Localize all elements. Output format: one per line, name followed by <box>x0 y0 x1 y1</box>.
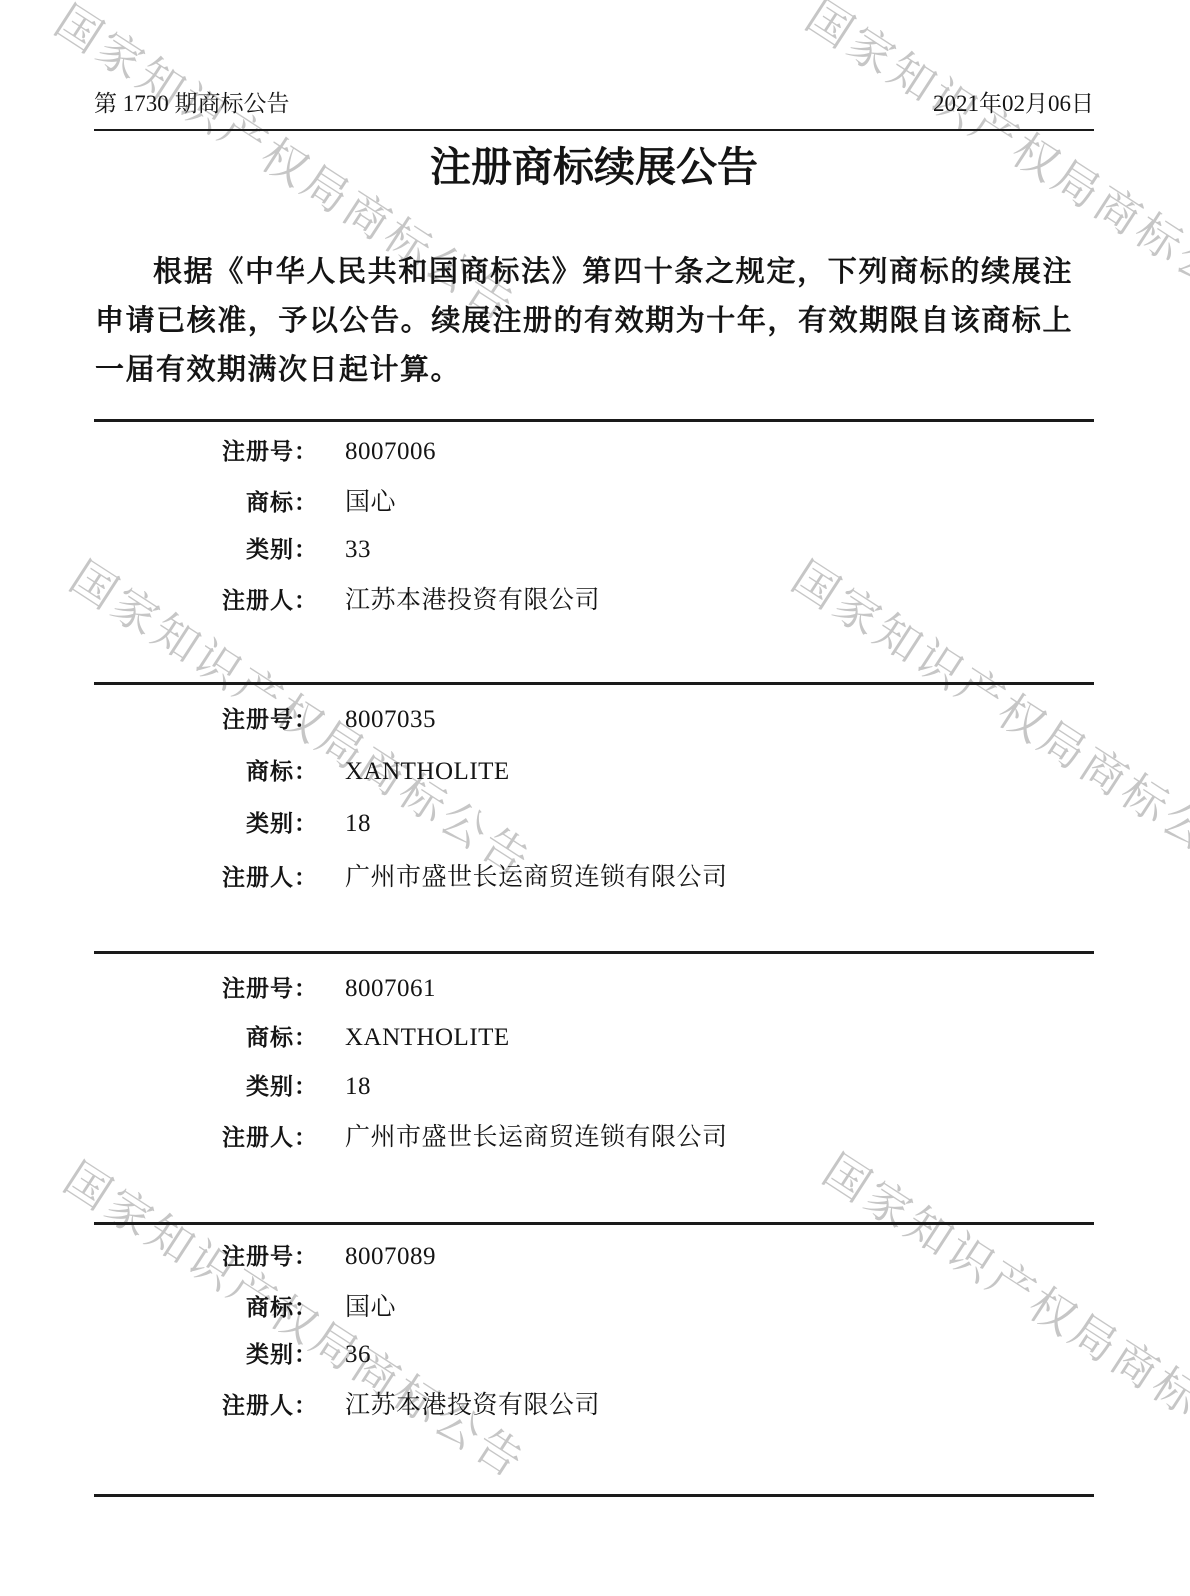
field-label-category: 类别： <box>94 531 318 564</box>
field-value-trademark: XANTHOLITE <box>345 758 510 786</box>
field-label-reg-no: 注册号： <box>94 433 318 466</box>
field-value-reg-no: 8007061 <box>345 975 436 1003</box>
field-row-reg-no: 注册号： 8007089 <box>94 1238 1094 1268</box>
gazette-issue: 第 1730 期商标公告 <box>94 91 290 117</box>
field-label-trademark: 商标： <box>94 1289 318 1322</box>
field-label-reg-no: 注册号： <box>94 970 318 1003</box>
field-value-reg-no: 8007006 <box>345 438 436 466</box>
field-value-category: 36 <box>345 1341 371 1369</box>
field-label-trademark: 商标： <box>94 1019 318 1052</box>
field-row-reg-no: 注册号： 8007061 <box>94 970 1094 1000</box>
field-value-reg-no: 8007035 <box>345 706 436 734</box>
gazette-date: 2021年02月06日 <box>933 91 1094 117</box>
field-row-registrant: 注册人： 江苏本港投资有限公司 <box>94 580 1094 610</box>
intro-line: 申请已核准，予以公告。续展注册的有效期为十年，有效期限自该商标上 <box>95 297 1073 346</box>
field-value-registrant: 广州市盛世长运商贸连锁有限公司 <box>345 1117 728 1153</box>
field-row-category: 类别： 18 <box>94 805 1094 835</box>
field-value-registrant: 江苏本港投资有限公司 <box>345 580 600 616</box>
intro-line: 根据《中华人民共和国商标法》第四十条之规定，下列商标的续展注册 <box>95 248 1073 297</box>
field-value-registrant: 广州市盛世长运商贸连锁有限公司 <box>345 857 728 893</box>
field-label-registrant: 注册人： <box>94 859 318 892</box>
bottom-rule <box>94 1494 1094 1497</box>
field-label-registrant: 注册人： <box>94 1387 318 1420</box>
trademark-record: 注册号： 8007006 商标： 国心 类别： 33 注册人： 江苏本港投资有限… <box>94 419 1094 629</box>
field-row-registrant: 注册人： 广州市盛世长运商贸连锁有限公司 <box>94 1117 1094 1147</box>
field-value-reg-no: 8007089 <box>345 1243 436 1271</box>
field-label-category: 类别： <box>94 1068 318 1101</box>
field-label-category: 类别： <box>94 1336 318 1369</box>
field-value-category: 33 <box>345 536 371 564</box>
field-row-category: 类别： 33 <box>94 531 1094 561</box>
field-value-registrant: 江苏本港投资有限公司 <box>345 1385 600 1421</box>
field-value-category: 18 <box>345 1073 371 1101</box>
gazette-page: 国家知识产权局商标公告 国家知识产权局商标公告 国家知识产权局商标公告 国家知识… <box>0 0 1190 1596</box>
field-row-category: 类别： 18 <box>94 1068 1094 1098</box>
field-label-registrant: 注册人： <box>94 1119 318 1152</box>
field-label-trademark: 商标： <box>94 753 318 786</box>
field-row-reg-no: 注册号： 8007035 <box>94 701 1094 731</box>
field-label-reg-no: 注册号： <box>94 701 318 734</box>
field-value-trademark: XANTHOLITE <box>345 1024 510 1052</box>
field-label-trademark: 商标： <box>94 484 318 517</box>
trademark-record: 注册号： 8007089 商标： 国心 类别： 36 注册人： 江苏本港投资有限… <box>94 1222 1094 1434</box>
field-value-trademark: 国心 <box>345 1287 396 1323</box>
page-title: 注册商标续展公告 <box>94 143 1094 191</box>
trademark-record: 注册号： 8007035 商标： XANTHOLITE 类别： 18 注册人： … <box>94 682 1094 906</box>
intro-line: 一届有效期满次日起计算。 <box>95 346 1073 395</box>
page-header: 第 1730 期商标公告 2021年02月06日 <box>94 91 1094 117</box>
field-row-trademark: 商标： 国心 <box>94 482 1094 512</box>
field-row-reg-no: 注册号： 8007006 <box>94 433 1094 463</box>
field-row-category: 类别： 36 <box>94 1336 1094 1366</box>
field-row-trademark: 商标： XANTHOLITE <box>94 753 1094 783</box>
field-value-category: 18 <box>345 810 371 838</box>
trademark-record: 注册号： 8007061 商标： XANTHOLITE 类别： 18 注册人： … <box>94 951 1094 1166</box>
field-value-trademark: 国心 <box>345 482 396 518</box>
field-label-registrant: 注册人： <box>94 582 318 615</box>
field-label-reg-no: 注册号： <box>94 1238 318 1271</box>
field-row-registrant: 注册人： 广州市盛世长运商贸连锁有限公司 <box>94 857 1094 887</box>
field-row-registrant: 注册人： 江苏本港投资有限公司 <box>94 1385 1094 1415</box>
intro-paragraph: 根据《中华人民共和国商标法》第四十条之规定，下列商标的续展注册 申请已核准，予以… <box>95 248 1073 395</box>
field-row-trademark: 商标： XANTHOLITE <box>94 1019 1094 1049</box>
header-rule <box>94 129 1094 131</box>
field-row-trademark: 商标： 国心 <box>94 1287 1094 1317</box>
field-label-category: 类别： <box>94 805 318 838</box>
